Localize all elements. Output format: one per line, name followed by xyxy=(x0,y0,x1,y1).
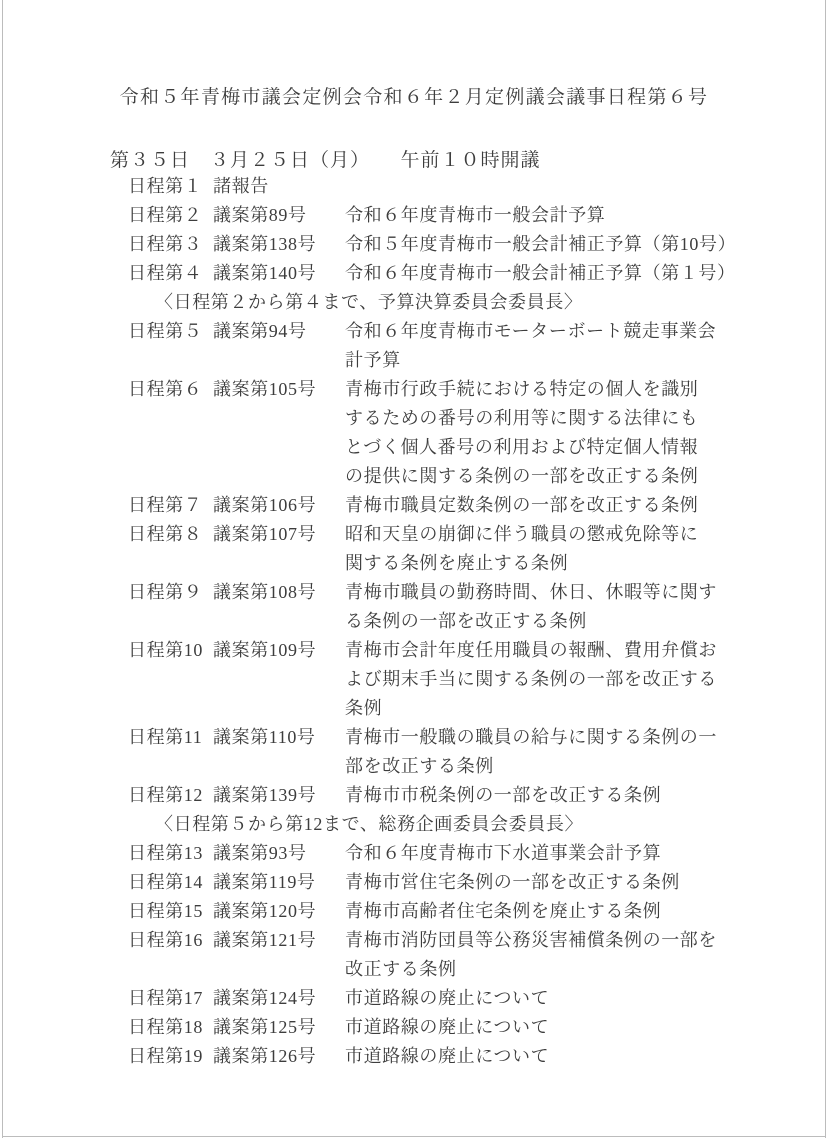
subject-text: 青梅市市税条例の一部を改正する条例 xyxy=(345,781,661,810)
schedule-number: 日程第２ xyxy=(128,201,213,230)
bill-number: 議案第126号 xyxy=(213,1042,345,1071)
subject-line: 市道路線の廃止について xyxy=(345,1013,549,1042)
agenda-item-row: 日程第３議案第138号令和５年度青梅市一般会計補正予算（第10号） xyxy=(128,230,768,259)
bill-number: 議案第121号 xyxy=(213,926,345,984)
schedule-number: 日程第９ xyxy=(128,578,213,636)
schedule-number: 日程第15 xyxy=(128,897,213,926)
subject-text: 令和５年度青梅市一般会計補正予算（第10号） xyxy=(345,230,736,259)
agenda-item-row: 日程第14議案第119号青梅市営住宅条例の一部を改正する条例 xyxy=(128,868,768,897)
schedule-number: 日程第13 xyxy=(128,839,213,868)
agenda-item-row: 日程第13議案第93号令和６年度青梅市下水道事業会計予算 xyxy=(128,839,768,868)
schedule-number: 日程第４ xyxy=(128,259,213,288)
subject-text: 青梅市職員の勤務時間、休日、休暇等に関する条例の一部を改正する条例 xyxy=(345,578,717,636)
schedule-number: 日程第１ xyxy=(128,172,213,201)
agenda-item-row: 日程第７議案第106号青梅市職員定数条例の一部を改正する条例 xyxy=(128,491,768,520)
subject-line: 青梅市職員の勤務時間、休日、休暇等に関す xyxy=(345,578,717,607)
schedule-number: 日程第６ xyxy=(128,375,213,491)
schedule-number: 日程第11 xyxy=(128,723,213,781)
subject-text: 市道路線の廃止について xyxy=(345,984,549,1013)
subject-line: 部を改正する条例 xyxy=(345,752,717,781)
subject-line: 条例 xyxy=(345,694,717,723)
subject-text: 青梅市高齢者住宅条例を廃止する条例 xyxy=(345,897,661,926)
subject-text: 市道路線の廃止について xyxy=(345,1013,549,1042)
subject-line: 改正する条例 xyxy=(345,955,717,984)
agenda-item-row: 日程第８議案第107号昭和天皇の崩御に伴う職員の懲戒免除等に関する条例を廃止する… xyxy=(128,520,768,578)
agenda-item-row: 日程第４議案第140号令和６年度青梅市一般会計補正予算（第１号） xyxy=(128,259,768,288)
subject-text: 令和６年度青梅市一般会計補正予算（第１号） xyxy=(345,259,736,288)
subject-text: 諸報告 xyxy=(213,172,345,201)
agenda-item-row: 日程第15議案第120号青梅市高齢者住宅条例を廃止する条例 xyxy=(128,897,768,926)
subject-line: 計予算 xyxy=(345,346,716,375)
bill-number: 議案第110号 xyxy=(213,723,345,781)
agenda-item-row: 日程第９議案第108号青梅市職員の勤務時間、休日、休暇等に関する条例の一部を改正… xyxy=(128,578,768,636)
bill-number: 議案第108号 xyxy=(213,578,345,636)
schedule-number: 日程第12 xyxy=(128,781,213,810)
subject-text: 青梅市一般職の職員の給与に関する条例の一部を改正する条例 xyxy=(345,723,717,781)
subject-line: 令和６年度青梅市モーターボート競走事業会 xyxy=(345,317,716,346)
bill-number: 議案第120号 xyxy=(213,897,345,926)
document-title: 令和５年青梅市議会定例会令和６年２月定例議会議事日程第６号 xyxy=(0,84,828,112)
schedule-number: 日程第７ xyxy=(128,491,213,520)
bill-number: 議案第119号 xyxy=(213,868,345,897)
schedule-number: 日程第19 xyxy=(128,1042,213,1071)
subject-text: 青梅市消防団員等公務災害補償条例の一部を改正する条例 xyxy=(345,926,717,984)
subject-line: 令和６年度青梅市一般会計予算 xyxy=(345,201,605,230)
subject-line: するための番号の利用等に関する法律にも xyxy=(345,404,698,433)
subject-text: 青梅市行政手続における特定の個人を識別するための番号の利用等に関する法律にもとづ… xyxy=(345,375,698,491)
schedule-number: 日程第10 xyxy=(128,636,213,723)
subject-text: 青梅市職員定数条例の一部を改正する条例 xyxy=(345,491,698,520)
bill-number: 議案第140号 xyxy=(213,259,345,288)
subject-line: よび期末手当に関する条例の一部を改正する xyxy=(345,665,717,694)
subject-text: 市道路線の廃止について xyxy=(345,1042,549,1071)
schedule-number: 日程第14 xyxy=(128,868,213,897)
bill-number: 議案第105号 xyxy=(213,375,345,491)
agenda-item-row: 日程第12議案第139号青梅市市税条例の一部を改正する条例 xyxy=(128,781,768,810)
schedule-number: 日程第16 xyxy=(128,926,213,984)
subject-line: 昭和天皇の崩御に伴う職員の懲戒免除等に xyxy=(345,520,698,549)
agenda-item-row: 日程第11議案第110号青梅市一般職の職員の給与に関する条例の一部を改正する条例 xyxy=(128,723,768,781)
bill-number: 議案第125号 xyxy=(213,1013,345,1042)
page-border-right xyxy=(825,0,826,1138)
subject-text: 青梅市営住宅条例の一部を改正する条例 xyxy=(345,868,680,897)
bill-number: 議案第109号 xyxy=(213,636,345,723)
schedule-number: 日程第３ xyxy=(128,230,213,259)
bill-number: 議案第89号 xyxy=(213,201,345,230)
agenda-item-row: 日程第18議案第125号市道路線の廃止について xyxy=(128,1013,768,1042)
subject-line: 市道路線の廃止について xyxy=(345,984,549,1013)
subject-text: 令和６年度青梅市モーターボート競走事業会計予算 xyxy=(345,317,716,375)
bill-number: 議案第138号 xyxy=(213,230,345,259)
subject-line: 令和５年度青梅市一般会計補正予算（第10号） xyxy=(345,230,736,259)
subject-line: 青梅市消防団員等公務災害補償条例の一部を xyxy=(345,926,717,955)
subject-line: 青梅市高齢者住宅条例を廃止する条例 xyxy=(345,897,661,926)
committee-note: 〈日程第５から第12まで、総務企画委員会委員長〉 xyxy=(128,810,768,839)
subject-line: 市道路線の廃止について xyxy=(345,1042,549,1071)
agenda-list: 日程第１諸報告日程第２議案第89号令和６年度青梅市一般会計予算日程第３議案第13… xyxy=(128,172,768,1071)
agenda-item-row: 日程第16議案第121号青梅市消防団員等公務災害補償条例の一部を改正する条例 xyxy=(128,926,768,984)
subject-line: 青梅市会計年度任用職員の報酬、費用弁償お xyxy=(345,636,717,665)
subject-text: 令和６年度青梅市一般会計予算 xyxy=(345,201,605,230)
subject-line: 青梅市営住宅条例の一部を改正する条例 xyxy=(345,868,680,897)
bill-number: 議案第139号 xyxy=(213,781,345,810)
bill-number: 議案第93号 xyxy=(213,839,345,868)
agenda-item-row: 日程第10議案第109号青梅市会計年度任用職員の報酬、費用弁償および期末手当に関… xyxy=(128,636,768,723)
subject-line: 令和６年度青梅市下水道事業会計予算 xyxy=(345,839,661,868)
subject-line: とづく個人番号の利用および特定個人情報 xyxy=(345,433,698,462)
subject-line: る条例の一部を改正する条例 xyxy=(345,607,717,636)
page-border-left xyxy=(2,0,3,1138)
session-heading: 第３５日 ３月２５日（月） 午前１０時開議 xyxy=(110,146,541,175)
subject-line: 関する条例を廃止する条例 xyxy=(345,549,698,578)
schedule-number: 日程第８ xyxy=(128,520,213,578)
subject-text: 昭和天皇の崩御に伴う職員の懲戒免除等に関する条例を廃止する条例 xyxy=(345,520,698,578)
subject-line: 青梅市一般職の職員の給与に関する条例の一 xyxy=(345,723,717,752)
subject-line: 令和６年度青梅市一般会計補正予算（第１号） xyxy=(345,259,736,288)
committee-note: 〈日程第２から第４まで、予算決算委員会委員長〉 xyxy=(128,288,768,317)
bill-number: 議案第107号 xyxy=(213,520,345,578)
agenda-item-row: 日程第６議案第105号青梅市行政手続における特定の個人を識別するための番号の利用… xyxy=(128,375,768,491)
agenda-item-row: 日程第１諸報告 xyxy=(128,172,768,201)
agenda-item-row: 日程第17議案第124号市道路線の廃止について xyxy=(128,984,768,1013)
agenda-item-row: 日程第２議案第89号令和６年度青梅市一般会計予算 xyxy=(128,201,768,230)
subject-line: の提供に関する条例の一部を改正する条例 xyxy=(345,462,698,491)
schedule-number: 日程第17 xyxy=(128,984,213,1013)
bill-number: 議案第94号 xyxy=(213,317,345,375)
page-border-bottom xyxy=(2,1136,826,1137)
agenda-item-row: 日程第19議案第126号市道路線の廃止について xyxy=(128,1042,768,1071)
bill-number: 議案第124号 xyxy=(213,984,345,1013)
schedule-number: 日程第５ xyxy=(128,317,213,375)
agenda-item-row: 日程第５議案第94号令和６年度青梅市モーターボート競走事業会計予算 xyxy=(128,317,768,375)
subject-text: 令和６年度青梅市下水道事業会計予算 xyxy=(345,839,661,868)
subject-line: 青梅市市税条例の一部を改正する条例 xyxy=(345,781,661,810)
subject-line: 青梅市職員定数条例の一部を改正する条例 xyxy=(345,491,698,520)
subject-line: 青梅市行政手続における特定の個人を識別 xyxy=(345,375,698,404)
schedule-number: 日程第18 xyxy=(128,1013,213,1042)
subject-text: 青梅市会計年度任用職員の報酬、費用弁償および期末手当に関する条例の一部を改正する… xyxy=(345,636,717,723)
bill-number: 議案第106号 xyxy=(213,491,345,520)
